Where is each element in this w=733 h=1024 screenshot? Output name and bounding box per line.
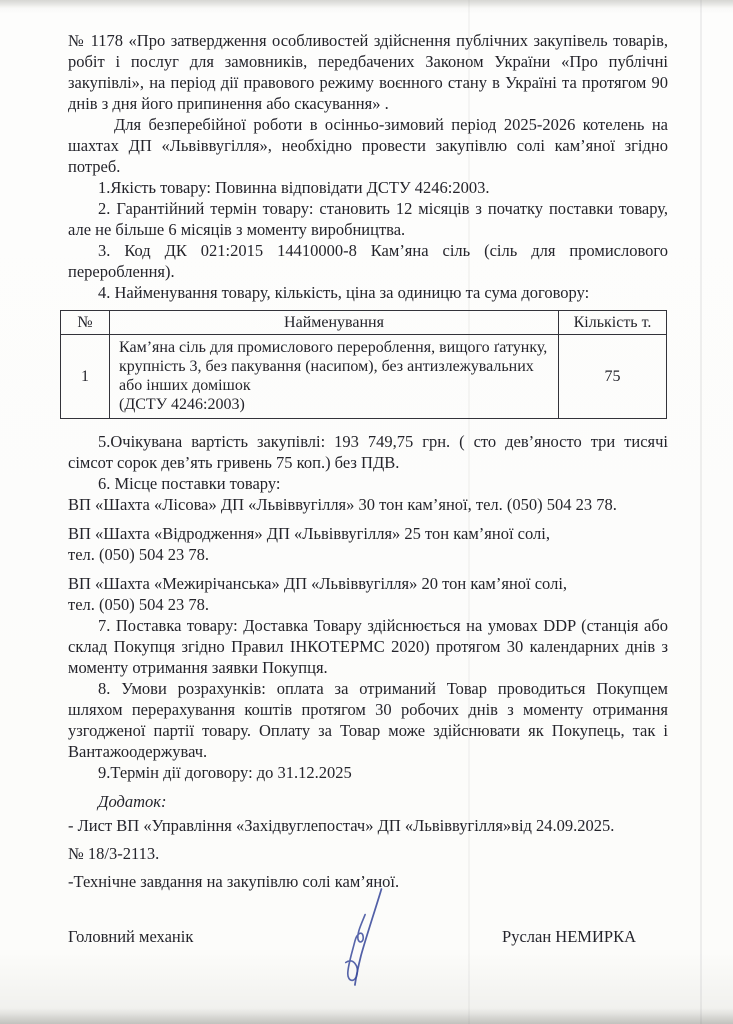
scan-edge-shadow-top <box>0 0 733 8</box>
table-header-quantity: Кількість т. <box>559 311 667 335</box>
delivery-place-line: ВП «Шахта «Лісова» ДП «Львіввугілля» 30 … <box>68 494 668 515</box>
scan-fold-line <box>700 0 702 1024</box>
row-quantity-cell: 75 <box>559 335 667 419</box>
item-9-contract-term: 9.Термін дії договору: до 31.12.2025 <box>68 762 668 783</box>
item-2-warranty: 2. Гарантійний термін товару: становить … <box>68 198 668 240</box>
attachments-list: - Лист ВП «Управління «Західвуглепостач»… <box>68 812 668 896</box>
item-4-naming-intro: 4. Найменування товару, кількість, ціна … <box>68 282 668 303</box>
attachment-letter: - Лист ВП «Управління «Західвуглепостач»… <box>68 812 668 840</box>
handwritten-signature-icon <box>328 886 390 988</box>
item-6-delivery-heading: 6. Місце поставки товару: <box>68 473 668 494</box>
paragraph-purpose: Для безперебійної роботи в осінньо-зимов… <box>68 114 668 177</box>
item-7-delivery-terms: 7. Поставка товару: Доставка Товару здій… <box>68 615 668 678</box>
scanned-document-page: № 1178 «Про затвердження особливостей зд… <box>0 0 733 1024</box>
delivery-place-phone: тел. (050) 504 23 78. <box>68 594 668 615</box>
signature-block: Головний механік Руслан НЕМИРКА <box>68 926 668 947</box>
delivery-place-line: ВП «Шахта «Відродження» ДП «Львіввугілля… <box>68 523 668 544</box>
goods-table: № Найменування Кількість т. 1 Кам’яна сі… <box>60 310 667 419</box>
attachment-letter-number: № 18/3-2113. <box>68 840 668 868</box>
table-row: 1 Кам’яна сіль для промислового переробл… <box>61 335 667 419</box>
item-1-quality: 1.Якість товару: Повинна відповідати ДСТ… <box>68 177 668 198</box>
signatory-position: Головний механік <box>68 926 193 947</box>
signatory-name: Руслан НЕМИРКА <box>502 926 636 947</box>
delivery-place-mezhirichanska: ВП «Шахта «Межирічанська» ДП «Львіввугіл… <box>68 573 668 615</box>
table-header-name: Найменування <box>110 311 559 335</box>
delivery-place-vidrodzhennia: ВП «Шахта «Відродження» ДП «Львіввугілля… <box>68 523 668 565</box>
delivery-place-phone: тел. (050) 504 23 78. <box>68 544 668 565</box>
table-header-number: № <box>61 311 110 335</box>
item-5-expected-value: 5.Очікувана вартість закупівлі: 193 749,… <box>68 431 668 473</box>
item-8-payment-terms: 8. Умови розрахунків: оплата за отримани… <box>68 678 668 762</box>
row-name-cell: Кам’яна сіль для промислового перероблен… <box>110 335 559 419</box>
delivery-place-lisova: ВП «Шахта «Лісова» ДП «Львіввугілля» 30 … <box>68 494 668 515</box>
row-goods-description: Кам’яна сіль для промислового перероблен… <box>119 338 549 395</box>
scan-edge-shadow-bottom <box>0 1008 733 1024</box>
goods-table-header-row: № Найменування Кількість т. <box>61 311 667 335</box>
item-3-dk-code: 3. Код ДК 021:2015 14410000-8 Кам’яна сі… <box>68 240 668 282</box>
paragraph-order-reference: № 1178 «Про затвердження особливостей зд… <box>68 30 668 114</box>
attachments-heading: Додаток: <box>68 791 668 812</box>
document-body: № 1178 «Про затвердження особливостей зд… <box>68 30 668 947</box>
row-number-cell: 1 <box>61 335 110 419</box>
delivery-place-line: ВП «Шахта «Межирічанська» ДП «Львіввугіл… <box>68 573 668 594</box>
row-goods-standard: (ДСТУ 4246:2003) <box>119 395 549 414</box>
